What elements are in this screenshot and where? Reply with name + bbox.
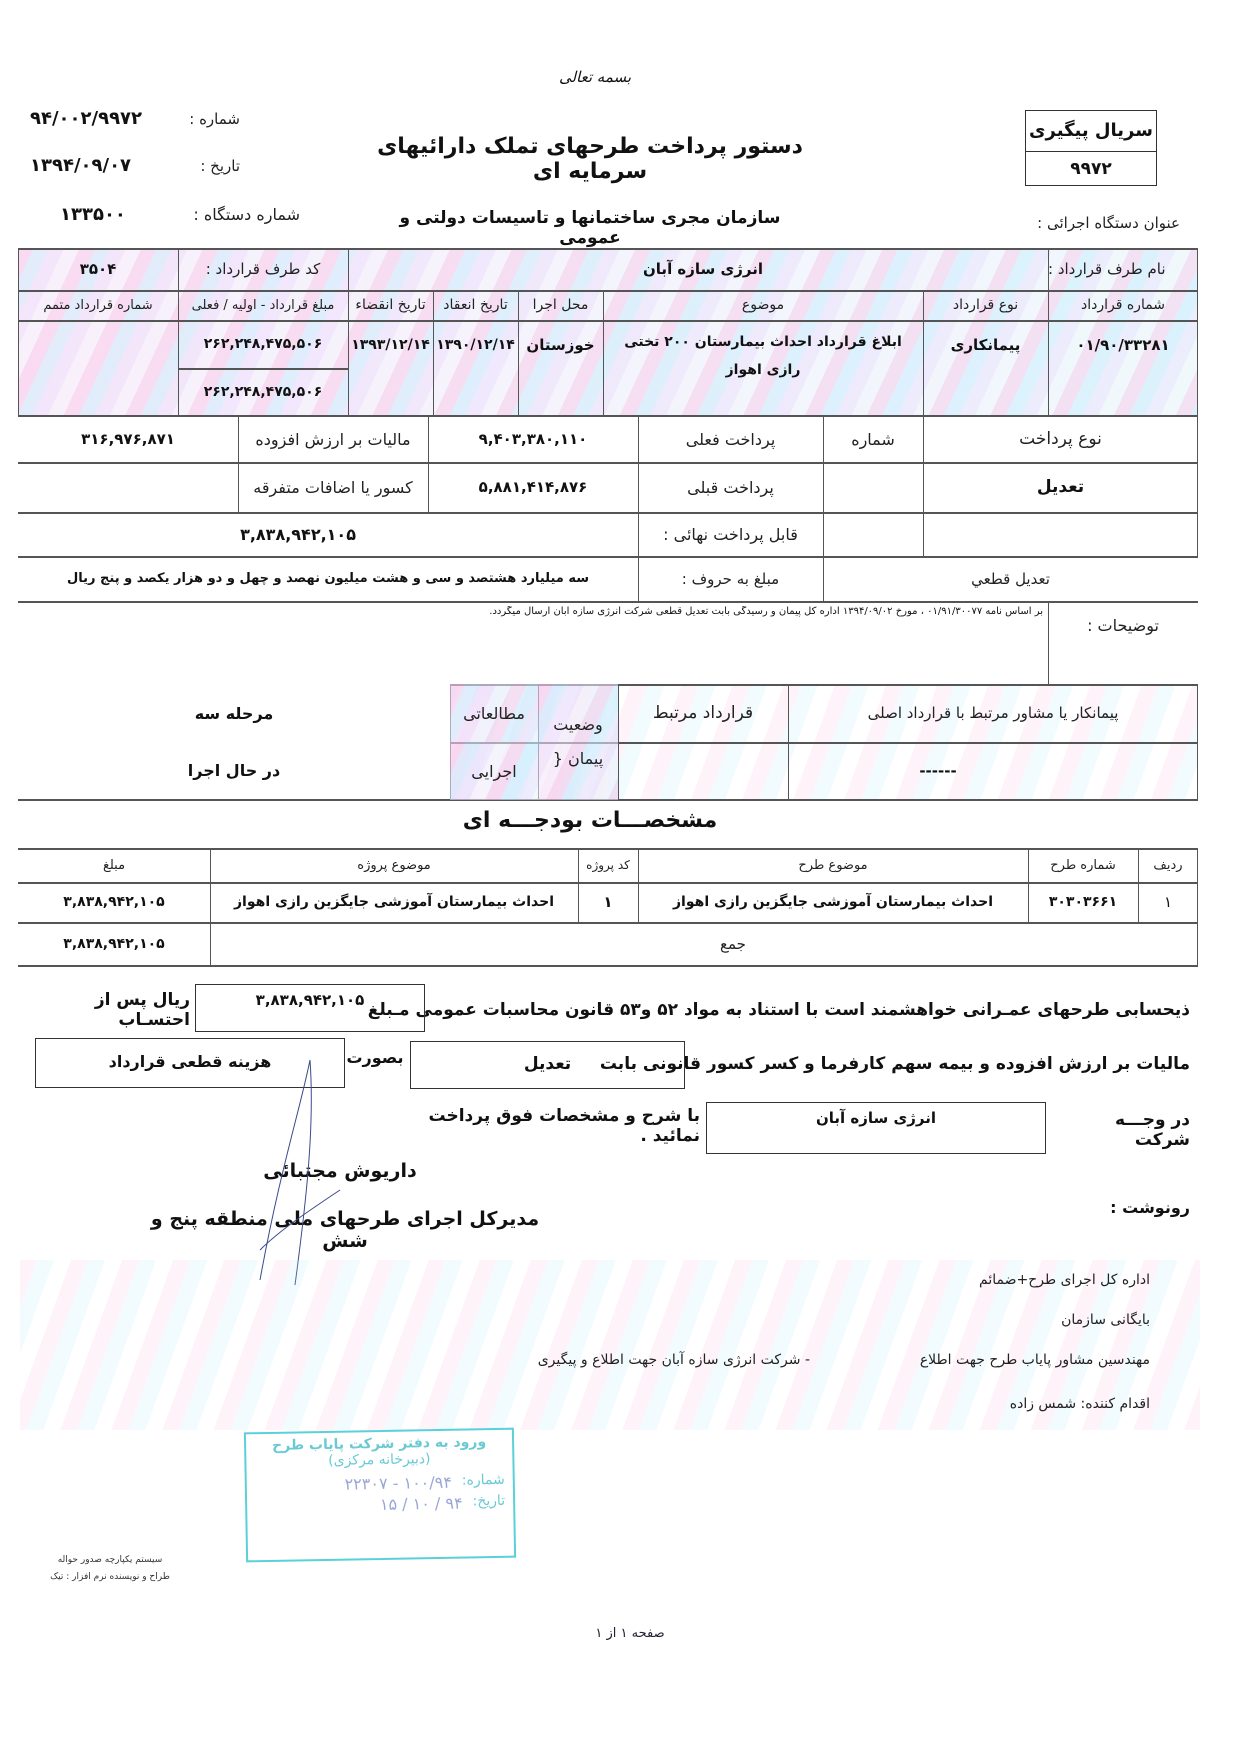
instruction-line3-suffix: با شرح و مشخصات فوق پرداخت نمائید . (400, 1106, 700, 1146)
notes-text: بر اساس نامه ۰۱/۹۱/۳۰۰۷۷ ، مورخ ۱۳۹۴/۰۹/… (348, 606, 1043, 617)
instruction-line2: مالیات بر ارزش افزوده و بیمه سهم کارفرما… (690, 1054, 1190, 1074)
payment-section: نوع پرداخت شماره تعدیل پرداخت فعلی ۹,۴۰۳… (18, 416, 1198, 602)
letter-number-label: شماره : (189, 110, 240, 128)
instruction-amount-box: ۳,۸۳۸,۹۴۲,۱۰۵ (195, 984, 425, 1032)
col-plan-subject: موضوع طرح (638, 848, 1028, 882)
budget-row-amount: ۳,۸۳۸,۹۴۲,۱۰۵ (18, 882, 210, 922)
col-amount: مبلغ قرارداد - اولیه / فعلی (178, 290, 348, 320)
end-date-value: ۱۳۹۳/۱۲/۱۴ (348, 320, 433, 370)
party-code-value: ۳۵۰۴ (18, 248, 178, 290)
related-contractor-value: ------ (788, 742, 1088, 800)
start-date-value: ۱۳۹۰/۱۲/۱۴ (433, 320, 518, 370)
letter-number: شماره : ۹۴/۰۰۲/۹۹۷۲ (30, 108, 240, 129)
col-project-code: کد پروژه (578, 848, 638, 882)
stamp-date-label: تاریخ: (472, 1493, 505, 1513)
amount-current-value: ۲۶۲,۲۴۸,۴۷۵,۵۰۶ (178, 368, 348, 415)
budget-total-amount: ۳,۸۳۸,۹۴۲,۱۰۵ (18, 922, 210, 965)
col-row-index: ردیف (1138, 848, 1198, 882)
budget-plan-subject: احداث بیمارستان آموزشی جایگزین رازی اهوا… (638, 882, 1028, 922)
letter-date: تاریخ : ۱۳۹۴/۰۹/۰۷ (30, 155, 240, 176)
payment-type-value: تعدیل (923, 462, 1198, 512)
page-number: صفحه ۱ از ۱ (580, 1626, 680, 1641)
notes-label: توضیحات : (1048, 610, 1198, 640)
contract-subject-value: ابلاغ قرارداد احداث بیمارستان ۲۰۰ تختی ر… (618, 326, 908, 386)
payment-number-label: شماره (823, 416, 923, 462)
col-end-date: تاریخ انقضاء (348, 290, 433, 320)
copy-item: - شرکت انرژی سازه آبان جهت اطلاع و پیگیر… (500, 1352, 810, 1368)
budget-row-index: ۱ (1138, 882, 1198, 922)
study-value: مرحله سه (18, 684, 450, 742)
col-plan-number: شماره طرح (1028, 848, 1138, 882)
party-code-label: کد طرف قرارداد : (178, 248, 348, 290)
copy-item: اقدام کننده: شمس زاده (900, 1396, 1150, 1412)
contract-type-value: پیمانکاری (923, 320, 1048, 370)
contract-table: نام طرف قرارداد : انرژی سازه آبان کد طرف… (18, 248, 1198, 416)
device-number-value: ۱۳۳۵۰۰ (60, 204, 126, 225)
copy-item: مهندسین مشاور پایاب طرح جهت اطلاع (830, 1352, 1150, 1368)
amount-initial-value: ۲۶۲,۲۴۸,۴۷۵,۵۰۶ (178, 320, 348, 368)
col-supplement: شماره قرارداد متمم (18, 290, 178, 320)
signature-scribble-icon (240, 1050, 360, 1290)
location-value: خوزستان (518, 320, 603, 370)
final-payable-value: ۳,۸۳۸,۹۴۲,۱۰۵ (168, 512, 428, 556)
instruction-company-box: انرژی سازه آبان (706, 1102, 1046, 1154)
vat-value: ۳۱۶,۹۷۶,۸۷۱ (18, 416, 238, 462)
current-payment-value: ۹,۴۰۳,۳۸۰,۱۱۰ (428, 416, 638, 462)
execution-label: اجرایی (450, 742, 538, 800)
stamp-date-value: ۹۴ / ۱۰ / ۱۵ (380, 1494, 463, 1514)
col-contract-type: نوع قرارداد (923, 290, 1048, 320)
instruction-line1: ذیحسابی طرحهای عمـرانی خواهشمند است با ا… (430, 1000, 1190, 1020)
adjustment-note: تعدیل قطعي (823, 556, 1198, 601)
system-line1: سیستم یکپارچه صدور حواله (40, 1555, 180, 1565)
related-contract-label: قرارداد مرتبط (618, 684, 788, 742)
current-payment-label: پرداخت فعلی (638, 416, 823, 462)
executive-label: عنوان دستگاه اجرائی : (1010, 214, 1180, 232)
col-subject: موضوع (603, 290, 923, 320)
letter-date-value: ۱۳۹۴/۰۹/۰۷ (30, 155, 131, 176)
copy-item: اداره کل اجرای طرح+ضمائم (900, 1272, 1150, 1288)
stamp-number-value: ۱۰۰/۹۴ - ۲۲۳۰۷ (344, 1473, 452, 1494)
execution-value: در حال اجرا (18, 742, 450, 799)
payment-type-label: نوع پرداخت (923, 416, 1198, 462)
instruction-line3-prefix: در وجـــه شرکت (1060, 1110, 1190, 1150)
study-label: مطالعاتی (450, 684, 538, 742)
col-project-subject: موضوع پروژه (210, 848, 578, 882)
copies-label: رونوشت : (1090, 1198, 1190, 1217)
in-words-value: سه میلیارد هشتصد و سی و هشت میلیون نهصد … (18, 556, 638, 601)
device-number-label: شماره دستگاه : (193, 205, 300, 224)
previous-payment-value: ۵,۸۸۱,۴۱۴,۸۷۶ (428, 462, 638, 512)
budget-title: مشخصـــات بودجـــه ای (380, 808, 800, 833)
col-amount: مبلغ (18, 848, 210, 882)
previous-payment-label: پرداخت قبلی (638, 462, 823, 512)
stamp-number-label: شماره: (462, 1472, 505, 1492)
copy-item: بایگانی سازمان (900, 1312, 1150, 1328)
contract-number-value: ۰۱/۹۰/۳۳۲۸۱ (1048, 320, 1198, 370)
col-contract-number: شماره قرارداد (1048, 290, 1198, 320)
party-name-label: نام طرف قرارداد : (1048, 248, 1198, 290)
basmala: بسمه تعالی (540, 68, 650, 86)
device-number: شماره دستگاه : ۱۳۳۵۰۰ (60, 204, 300, 225)
related-contractor-label: پیمانکار یا مشاور مرتبط با قرارداد اصلی (788, 684, 1198, 742)
received-stamp: ورود به دفتر شرکت پایاب طرح (دبیرخانه مر… (244, 1428, 516, 1563)
instruction-reason-box: تعدیل (410, 1041, 685, 1089)
deductions-label: کسور یا اضافات متفرقه (238, 462, 428, 512)
budget-plan-number: ۳۰۳۰۳۶۶۱ (1028, 882, 1138, 922)
tracking-serial-box: سریال پیگیری ۹۹۷۲ (1025, 110, 1157, 186)
budget-project-subject: احداث بیمارستان آموزشی جایگزین رازی اهوا… (210, 882, 578, 922)
system-line2: طراح و نویسنده نرم افزار : تیک (40, 1572, 180, 1582)
page-title: دستور پرداخت طرحهای تملک دارائیهای سرمای… (340, 134, 840, 184)
organization-name: سازمان مجری ساختمانها و تاسیسات دولتی و … (380, 208, 800, 248)
in-words-label: مبلغ به حروف : (638, 556, 823, 601)
contract-status-label: وضعیت پیمان { (538, 684, 618, 800)
budget-table: ردیف شماره طرح موضوع طرح کد پروژه موضوع … (18, 848, 1198, 966)
vat-label: مالیات بر ارزش افزوده (238, 416, 428, 462)
instruction-line1-suffix: ریال پس از احتسـاب (20, 990, 190, 1030)
final-payable-label: قابل پرداخت نهائی : (638, 512, 823, 556)
letter-number-value: ۹۴/۰۰۲/۹۹۷۲ (30, 108, 142, 129)
party-name-value: انرژی سازه آبان (578, 248, 828, 290)
budget-total-label: جمع (638, 922, 828, 965)
col-start-date: تاریخ انعقاد (433, 290, 518, 320)
tracking-serial-label: سریال پیگیری (1026, 111, 1156, 152)
tracking-serial-value: ۹۹۷۲ (1026, 152, 1156, 186)
budget-project-code: ۱ (578, 882, 638, 922)
letter-date-label: تاریخ : (200, 157, 240, 175)
col-location: محل اجرا (518, 290, 603, 320)
status-section: پیمانکار یا مشاور مرتبط با قرارداد اصلی … (18, 684, 1198, 800)
notes-section: توضیحات : بر اساس نامه ۰۱/۹۱/۳۰۰۷۷ ، مور… (18, 602, 1198, 684)
